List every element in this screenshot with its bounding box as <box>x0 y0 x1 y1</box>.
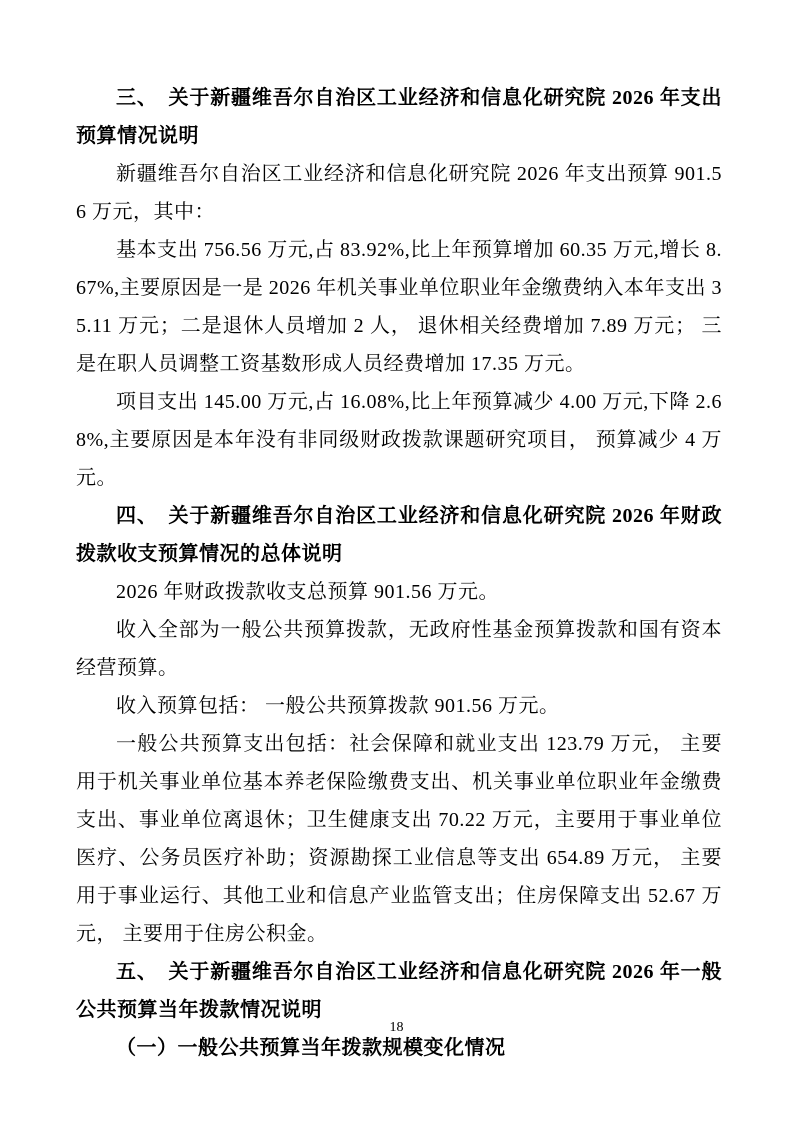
body-paragraph: 项目支出 145.00 万元,占 16.08%,比上年预算减少 4.00 万元,… <box>76 383 722 497</box>
page-footer: 18 <box>0 1018 793 1036</box>
section-heading: 三、 关于新疆维吾尔自治区工业经济和信息化研究院 2026 年支出预算情况说明 <box>76 79 722 155</box>
body-paragraph: 2026 年财政拨款收支总预算 901.56 万元。 <box>76 573 722 611</box>
section-heading: 四、 关于新疆维吾尔自治区工业经济和信息化研究院 2026 年财政拨款收支预算情… <box>76 497 722 573</box>
page-number: 18 <box>390 1020 404 1035</box>
document-page: 三、 关于新疆维吾尔自治区工业经济和信息化研究院 2026 年支出预算情况说明新… <box>0 0 793 1122</box>
body-paragraph: 收入全部为一般公共预算拨款，无政府性基金预算拨款和国有资本经营预算。 <box>76 611 722 687</box>
body-paragraph: 基本支出 756.56 万元,占 83.92%,比上年预算增加 60.35 万元… <box>76 231 722 383</box>
document-content: 三、 关于新疆维吾尔自治区工业经济和信息化研究院 2026 年支出预算情况说明新… <box>76 79 722 1067</box>
body-paragraph: 新疆维吾尔自治区工业经济和信息化研究院 2026 年支出预算 901.56 万元… <box>76 155 722 231</box>
body-paragraph: 收入预算包括： 一般公共预算拨款 901.56 万元。 <box>76 687 722 725</box>
body-paragraph: 一般公共预算支出包括：社会保障和就业支出 123.79 万元， 主要用于机关事业… <box>76 725 722 953</box>
